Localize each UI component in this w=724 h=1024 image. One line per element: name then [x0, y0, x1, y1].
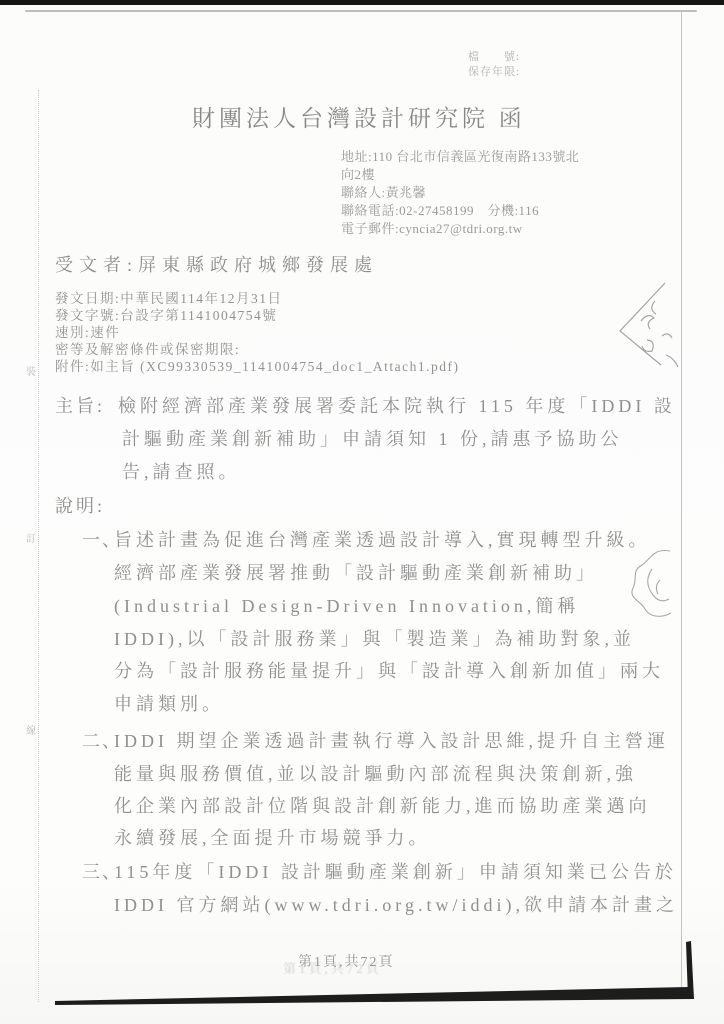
sender-address-line2: 向2樓 [341, 166, 579, 184]
scan-fold-line-right [681, 12, 682, 988]
item1-line-5: 分為「設計服務能量提升」與「設計導入創新加值」兩大 [114, 657, 664, 683]
doc-meta-block: 發文日期:中華民國114年12月31日 發文字號:台設字第1141004754號… [55, 290, 459, 375]
file-marks-block: 檔 號: 保存年限: [468, 50, 520, 80]
sender-email: 電子郵件:cyncia27@tdri.org.tw [341, 220, 579, 238]
recipient-line: 受文者:屏東縣政府城鄉發展處 [55, 251, 378, 277]
item2-line-2: 能量與服務價值,並以設計驅動內部流程與決策創新,強 [114, 760, 637, 786]
scan-fold-line-top [25, 10, 697, 12]
retention-period-label: 保存年限: [468, 65, 520, 80]
subject-line-3: 告,請查照。 [122, 458, 241, 484]
doc-number: 發文字號:台設字第1141004754號 [55, 307, 459, 324]
item3-line-1: 115年度「IDDI 設計驅動產業創新」申請須知業已公告於 [114, 858, 677, 884]
sender-address-line1: 地址:110 台北市信義區光復南路133號北 [341, 148, 579, 166]
sender-phone: 聯絡電話:02-27458199 分機:116 [341, 202, 579, 220]
flower-seal-icon [632, 550, 671, 616]
corner-seal-icon [620, 283, 678, 367]
subject-label: 主旨: [55, 392, 105, 418]
document-title: 財團法人台灣設計研究院 函 [192, 100, 526, 133]
binding-mark-ding: 訂 [26, 530, 36, 545]
scan-edge-top [0, 0, 724, 5]
item1-line-3: (Industrial Design-Driven Innovation,簡稱 [114, 592, 579, 618]
file-number-label: 檔 號: [468, 50, 520, 65]
item1-line-1: 旨述計畫為促進台灣產業透過設計導入,實現轉型升級。 [114, 526, 651, 552]
item1-line-4: IDDI),以「設計服務業」與「製造業」為補助對象,並 [114, 625, 635, 651]
subject-line-1: 檢附經濟部產業發展署委託本院執行 115 年度「IDDI 設 [118, 392, 676, 418]
item1-line-2: 經濟部產業發展署推動「設計驅動產業創新補助」 [114, 559, 598, 585]
binding-mark-zhuang: 裝 [26, 363, 36, 378]
item3-line-2: IDDI 官方網站(www.tdri.org.tw/iddi),欲申請本計畫之 [114, 891, 678, 917]
item1-line-6: 申請類別。 [114, 690, 224, 716]
page-number: 第1頁,共72頁 [298, 951, 395, 971]
sender-info-block: 地址:110 台北市信義區光復南路133號北 向2樓 聯絡人:黃兆馨 聯絡電話:… [341, 148, 579, 238]
attachment: 附件:如主旨 (XC99330539_1141004754_doc1_Attac… [55, 358, 459, 375]
sender-contact-person: 聯絡人:黃兆馨 [341, 184, 579, 202]
priority: 速別:速件 [55, 324, 459, 341]
explanation-label: 說明: [55, 492, 105, 518]
item2-line-1: IDDI 期望企業透過計畫執行導入設計思維,提升自主營運 [114, 727, 669, 753]
security-classification: 密等及解密條件或保密期限: [55, 341, 459, 358]
scanned-letter-page: 裝 訂 線 檔 號: 保存年限: 財團法人台灣設計研究院 函 地址:110 台北… [0, 0, 724, 1024]
item2-line-3: 化企業內部設計位階與設計創新能力,進而協助產業邁向 [114, 792, 651, 818]
binding-mark-xian: 線 [26, 722, 36, 737]
item2-line-4: 永續發展,全面提升市場競爭力。 [114, 824, 431, 850]
binding-dotted-line [38, 90, 39, 1002]
subject-line-2: 計驅動產業創新補助」申請須知 1 份,請惠予協助公 [122, 425, 623, 451]
issue-date: 發文日期:中華民國114年12月31日 [55, 290, 459, 307]
